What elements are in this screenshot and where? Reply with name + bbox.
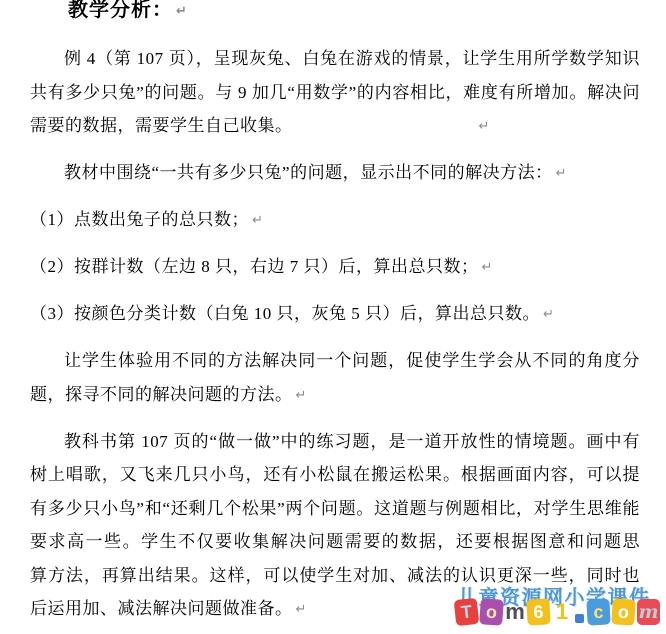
paragraph-line: 例 4（第 107 页），呈现灰兔、白兔在游戏的情景，让学生用所学数学知识解决“… [30,42,640,76]
paragraph-line: 共有多少只兔”的问题。与 9 加几“用数学”的内容相比，难度有所增加。解决问题所 [30,76,640,110]
paragraph-mark-icon: ↵ [296,388,307,403]
list-item-paragraph: （3）按颜色分类计数（白兔 10 只，灰兔 5 只）后，算出总只数。↵ [30,297,640,331]
logo-letter-o2: o [611,598,636,626]
line-text: 后运用加、减法解决问题做准备。 [30,599,293,618]
logo-digit-1: 1 [552,599,572,625]
line-text: （3）按颜色分类计数（白兔 10 只，灰兔 5 只）后，算出总只数。 [30,304,540,323]
paragraph-mark-icon: ↵ [296,602,307,617]
logo-letter-t: T [454,598,480,626]
paragraph-line: 让学生体验用不同的方法解决同一个问题，促使学生学会从不同的角度分析思考问 [30,344,640,378]
paragraph-line: 题，探寻不同的解决问题的方法。↵ [30,378,640,412]
paragraph-line: （3）按颜色分类计数（白兔 10 只，灰兔 5 只）后，算出总只数。↵ [30,297,640,331]
paragraph-mark-icon: ↵ [543,307,554,322]
logo-dot-icon [575,614,584,623]
logo-digit-6: 6 [526,598,550,625]
paragraph-mark-icon: ↵ [482,260,493,275]
document-body: 教学分析：↵ 例 4（第 107 页），呈现灰兔、白兔在游戏的情景，让学生用所学… [30,0,640,626]
list-item-paragraph: （2）按群计数（左边 8 只，右边 7 只）后，算出总只数；↵ [30,250,640,284]
paragraph-mark-icon: ↵ [176,4,187,19]
page: { "document": { "heading": "教学分析：", "par… [0,0,666,634]
line-text: （2）按群计数（左边 8 只，右边 7 只）后，算出总只数； [30,257,479,276]
heading-text: 教学分析： [68,0,173,21]
paragraph-line: （1）点数出兔子的总只数；↵ [30,203,640,237]
document-heading: 教学分析：↵ [30,0,640,28]
line-text: 教材中围绕“一共有多少只兔”的问题，显示出不同的解决方法： [64,163,553,182]
paragraph-mark-icon: ↵ [556,166,567,181]
line-text: 题，探寻不同的解决问题的方法。 [30,385,293,404]
list-item-paragraph: （1）点数出兔子的总只数；↵ [30,203,640,237]
paragraph-line: 树上唱歌，又飞来几只小鸟，还有小松鼠在搬运松果。根据画面内容，可以提出“一共 [30,458,640,492]
paragraph-line: 有多少只小鸟”和“还剩几个松果”两个问题。这道题与例题相比，对学生思维能力的 [30,492,640,526]
paragraph-line: 要求高一些。学生不仅要收集解决问题需要的数据，还要根据图意和问题思考，确定计 [30,525,640,559]
watermark-logo: T o m 6 1 c o m [455,599,660,625]
logo-letter-o: o [479,598,504,626]
paragraph-line: 需要的数据，需要学生自己收集。↵ [30,109,640,143]
line-text: （1）点数出兔子的总只数； [30,210,249,229]
paragraph-line: 教科书第 107 页的“做一做”中的练习题，是一道开放性的情境题。画中有小鸟在 [30,425,640,459]
paragraph: 教材中围绕“一共有多少只兔”的问题，显示出不同的解决方法：↵ [30,156,640,190]
logo-letter-m2: m [637,599,660,625]
paragraph-mark-icon: ↵ [479,119,490,134]
logo-letter-m: m [505,599,525,625]
logo-letter-c: c [586,598,610,625]
paragraph-line: 教材中围绕“一共有多少只兔”的问题，显示出不同的解决方法：↵ [30,156,640,190]
paragraph-line: （2）按群计数（左边 8 只，右边 7 只）后，算出总只数；↵ [30,250,640,284]
paragraph-mark-icon: ↵ [252,213,263,228]
paragraph: 例 4（第 107 页），呈现灰兔、白兔在游戏的情景，让学生用所学数学知识解决“… [30,42,640,143]
paragraph: 让学生体验用不同的方法解决同一个问题，促使学生学会从不同的角度分析思考问 题，探… [30,344,640,411]
line-text: 需要的数据，需要学生自己收集。 [30,116,293,135]
